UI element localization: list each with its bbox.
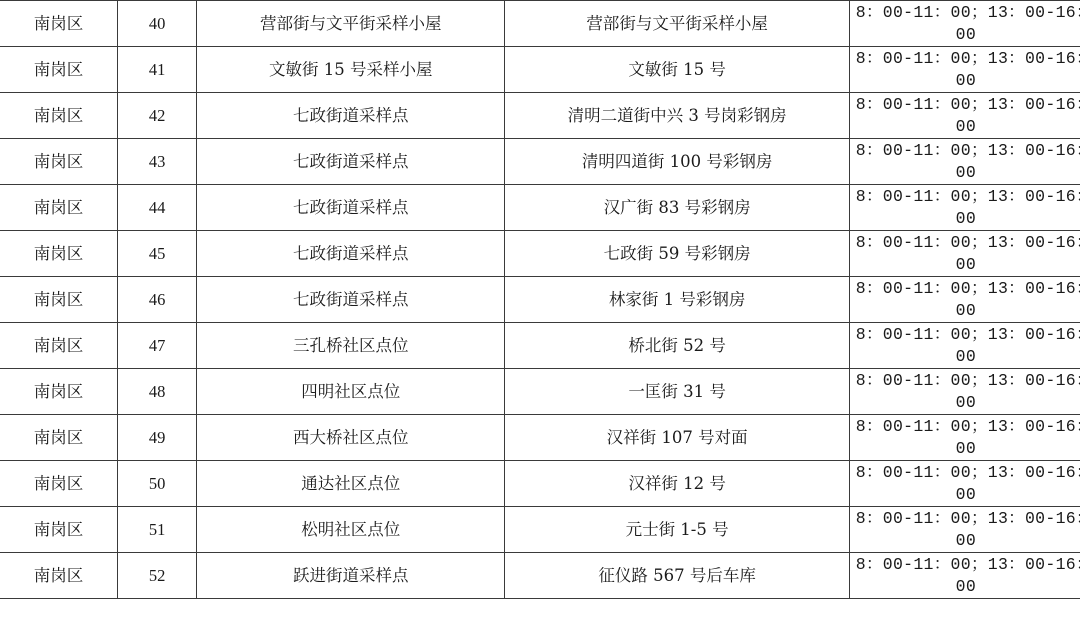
site-name-cell: 通达社区点位 bbox=[197, 461, 505, 507]
hours-line-1: 8：00-11：00；13：00-16： bbox=[850, 324, 1080, 346]
address-cell: 七政街 59 号彩钢房 bbox=[505, 231, 849, 277]
table-body: 南岗区 40 营部街与文平街采样小屋 营部街与文平街采样小屋 8：00-11：0… bbox=[0, 1, 1080, 599]
hours-line-2: 00 bbox=[850, 484, 1080, 506]
number-cell: 50 bbox=[118, 461, 197, 507]
sampling-sites-table: 南岗区 40 营部街与文平街采样小屋 营部街与文平街采样小屋 8：00-11：0… bbox=[0, 0, 1080, 599]
hours-line-2: 00 bbox=[850, 116, 1080, 138]
number-cell: 45 bbox=[118, 231, 197, 277]
district-cell: 南岗区 bbox=[0, 277, 118, 323]
hours-line-2: 00 bbox=[850, 392, 1080, 414]
hours-cell: 8：00-11：00；13：00-16：00 bbox=[849, 507, 1080, 553]
address-cell: 汉广街 83 号彩钢房 bbox=[505, 185, 849, 231]
site-name-cell: 七政街道采样点 bbox=[197, 93, 505, 139]
hours-line-1: 8：00-11：00；13：00-16： bbox=[850, 48, 1080, 70]
table-row: 南岗区 44 七政街道采样点 汉广街 83 号彩钢房 8：00-11：00；13… bbox=[0, 185, 1080, 231]
hours-line-1: 8：00-11：00；13：00-16： bbox=[850, 94, 1080, 116]
hours-cell: 8：00-11：00；13：00-16：00 bbox=[849, 139, 1080, 185]
address-cell: 汉祥街 107 号对面 bbox=[505, 415, 849, 461]
hours-line-1: 8：00-11：00；13：00-16： bbox=[850, 140, 1080, 162]
district-cell: 南岗区 bbox=[0, 369, 118, 415]
site-name-cell: 四明社区点位 bbox=[197, 369, 505, 415]
site-name-cell: 营部街与文平街采样小屋 bbox=[197, 1, 505, 47]
number-cell: 49 bbox=[118, 415, 197, 461]
hours-cell: 8：00-11：00；13：00-16：00 bbox=[849, 323, 1080, 369]
address-cell: 林家街 1 号彩钢房 bbox=[505, 277, 849, 323]
table-row: 南岗区 41 文敏街 15 号采样小屋 文敏街 15 号 8：00-11：00；… bbox=[0, 47, 1080, 93]
number-cell: 51 bbox=[118, 507, 197, 553]
site-name-cell: 文敏街 15 号采样小屋 bbox=[197, 47, 505, 93]
hours-line-1: 8：00-11：00；13：00-16： bbox=[850, 416, 1080, 438]
table-row: 南岗区 43 七政街道采样点 清明四道街 100 号彩钢房 8：00-11：00… bbox=[0, 139, 1080, 185]
hours-cell: 8：00-11：00；13：00-16：00 bbox=[849, 231, 1080, 277]
table-row: 南岗区 51 松明社区点位 元士街 1-5 号 8：00-11：00；13：00… bbox=[0, 507, 1080, 553]
number-cell: 48 bbox=[118, 369, 197, 415]
district-cell: 南岗区 bbox=[0, 323, 118, 369]
hours-line-1: 8：00-11：00；13：00-16： bbox=[850, 370, 1080, 392]
hours-line-2: 00 bbox=[850, 70, 1080, 92]
hours-cell: 8：00-11：00；13：00-16：00 bbox=[849, 1, 1080, 47]
district-cell: 南岗区 bbox=[0, 47, 118, 93]
site-name-cell: 跃进街道采样点 bbox=[197, 553, 505, 599]
site-name-cell: 七政街道采样点 bbox=[197, 139, 505, 185]
district-cell: 南岗区 bbox=[0, 231, 118, 277]
site-name-cell: 七政街道采样点 bbox=[197, 277, 505, 323]
hours-line-1: 8：00-11：00；13：00-16： bbox=[850, 508, 1080, 530]
number-cell: 40 bbox=[118, 1, 197, 47]
table-row: 南岗区 49 西大桥社区点位 汉祥街 107 号对面 8：00-11：00；13… bbox=[0, 415, 1080, 461]
address-cell: 一匡街 31 号 bbox=[505, 369, 849, 415]
hours-line-2: 00 bbox=[850, 162, 1080, 184]
address-cell: 清明二道街中兴 3 号岗彩钢房 bbox=[505, 93, 849, 139]
number-cell: 46 bbox=[118, 277, 197, 323]
district-cell: 南岗区 bbox=[0, 185, 118, 231]
hours-line-1: 8：00-11：00；13：00-16： bbox=[850, 232, 1080, 254]
hours-line-1: 8：00-11：00；13：00-16： bbox=[850, 462, 1080, 484]
site-name-cell: 三孔桥社区点位 bbox=[197, 323, 505, 369]
site-name-cell: 西大桥社区点位 bbox=[197, 415, 505, 461]
site-name-cell: 七政街道采样点 bbox=[197, 185, 505, 231]
hours-line-2: 00 bbox=[850, 576, 1080, 598]
address-cell: 征仪路 567 号后车库 bbox=[505, 553, 849, 599]
hours-cell: 8：00-11：00；13：00-16：00 bbox=[849, 47, 1080, 93]
address-cell: 营部街与文平街采样小屋 bbox=[505, 1, 849, 47]
hours-line-1: 8：00-11：00；13：00-16： bbox=[850, 278, 1080, 300]
hours-line-2: 00 bbox=[850, 346, 1080, 368]
table-row: 南岗区 46 七政街道采样点 林家街 1 号彩钢房 8：00-11：00；13：… bbox=[0, 277, 1080, 323]
address-cell: 桥北街 52 号 bbox=[505, 323, 849, 369]
table-row: 南岗区 40 营部街与文平街采样小屋 营部街与文平街采样小屋 8：00-11：0… bbox=[0, 1, 1080, 47]
hours-line-2: 00 bbox=[850, 438, 1080, 460]
district-cell: 南岗区 bbox=[0, 139, 118, 185]
hours-line-1: 8：00-11：00；13：00-16： bbox=[850, 2, 1080, 24]
hours-line-2: 00 bbox=[850, 254, 1080, 276]
number-cell: 42 bbox=[118, 93, 197, 139]
hours-line-2: 00 bbox=[850, 300, 1080, 322]
district-cell: 南岗区 bbox=[0, 461, 118, 507]
hours-cell: 8：00-11：00；13：00-16：00 bbox=[849, 277, 1080, 323]
hours-line-2: 00 bbox=[850, 24, 1080, 46]
table-row: 南岗区 52 跃进街道采样点 征仪路 567 号后车库 8：00-11：00；1… bbox=[0, 553, 1080, 599]
district-cell: 南岗区 bbox=[0, 93, 118, 139]
hours-line-1: 8：00-11：00；13：00-16： bbox=[850, 186, 1080, 208]
table-row: 南岗区 47 三孔桥社区点位 桥北街 52 号 8：00-11：00；13：00… bbox=[0, 323, 1080, 369]
district-cell: 南岗区 bbox=[0, 415, 118, 461]
number-cell: 52 bbox=[118, 553, 197, 599]
number-cell: 44 bbox=[118, 185, 197, 231]
hours-cell: 8：00-11：00；13：00-16：00 bbox=[849, 369, 1080, 415]
hours-line-1: 8：00-11：00；13：00-16： bbox=[850, 554, 1080, 576]
table-row: 南岗区 42 七政街道采样点 清明二道街中兴 3 号岗彩钢房 8：00-11：0… bbox=[0, 93, 1080, 139]
hours-line-2: 00 bbox=[850, 208, 1080, 230]
table-row: 南岗区 45 七政街道采样点 七政街 59 号彩钢房 8：00-11：00；13… bbox=[0, 231, 1080, 277]
district-cell: 南岗区 bbox=[0, 553, 118, 599]
number-cell: 41 bbox=[118, 47, 197, 93]
hours-cell: 8：00-11：00；13：00-16：00 bbox=[849, 415, 1080, 461]
district-cell: 南岗区 bbox=[0, 1, 118, 47]
table-row: 南岗区 50 通达社区点位 汉祥街 12 号 8：00-11：00；13：00-… bbox=[0, 461, 1080, 507]
site-name-cell: 七政街道采样点 bbox=[197, 231, 505, 277]
hours-line-2: 00 bbox=[850, 530, 1080, 552]
address-cell: 元士街 1-5 号 bbox=[505, 507, 849, 553]
site-name-cell: 松明社区点位 bbox=[197, 507, 505, 553]
hours-cell: 8：00-11：00；13：00-16：00 bbox=[849, 93, 1080, 139]
hours-cell: 8：00-11：00；13：00-16：00 bbox=[849, 553, 1080, 599]
hours-cell: 8：00-11：00；13：00-16：00 bbox=[849, 461, 1080, 507]
table-row: 南岗区 48 四明社区点位 一匡街 31 号 8：00-11：00；13：00-… bbox=[0, 369, 1080, 415]
number-cell: 43 bbox=[118, 139, 197, 185]
district-cell: 南岗区 bbox=[0, 507, 118, 553]
hours-cell: 8：00-11：00；13：00-16：00 bbox=[849, 185, 1080, 231]
address-cell: 汉祥街 12 号 bbox=[505, 461, 849, 507]
address-cell: 文敏街 15 号 bbox=[505, 47, 849, 93]
address-cell: 清明四道街 100 号彩钢房 bbox=[505, 139, 849, 185]
number-cell: 47 bbox=[118, 323, 197, 369]
